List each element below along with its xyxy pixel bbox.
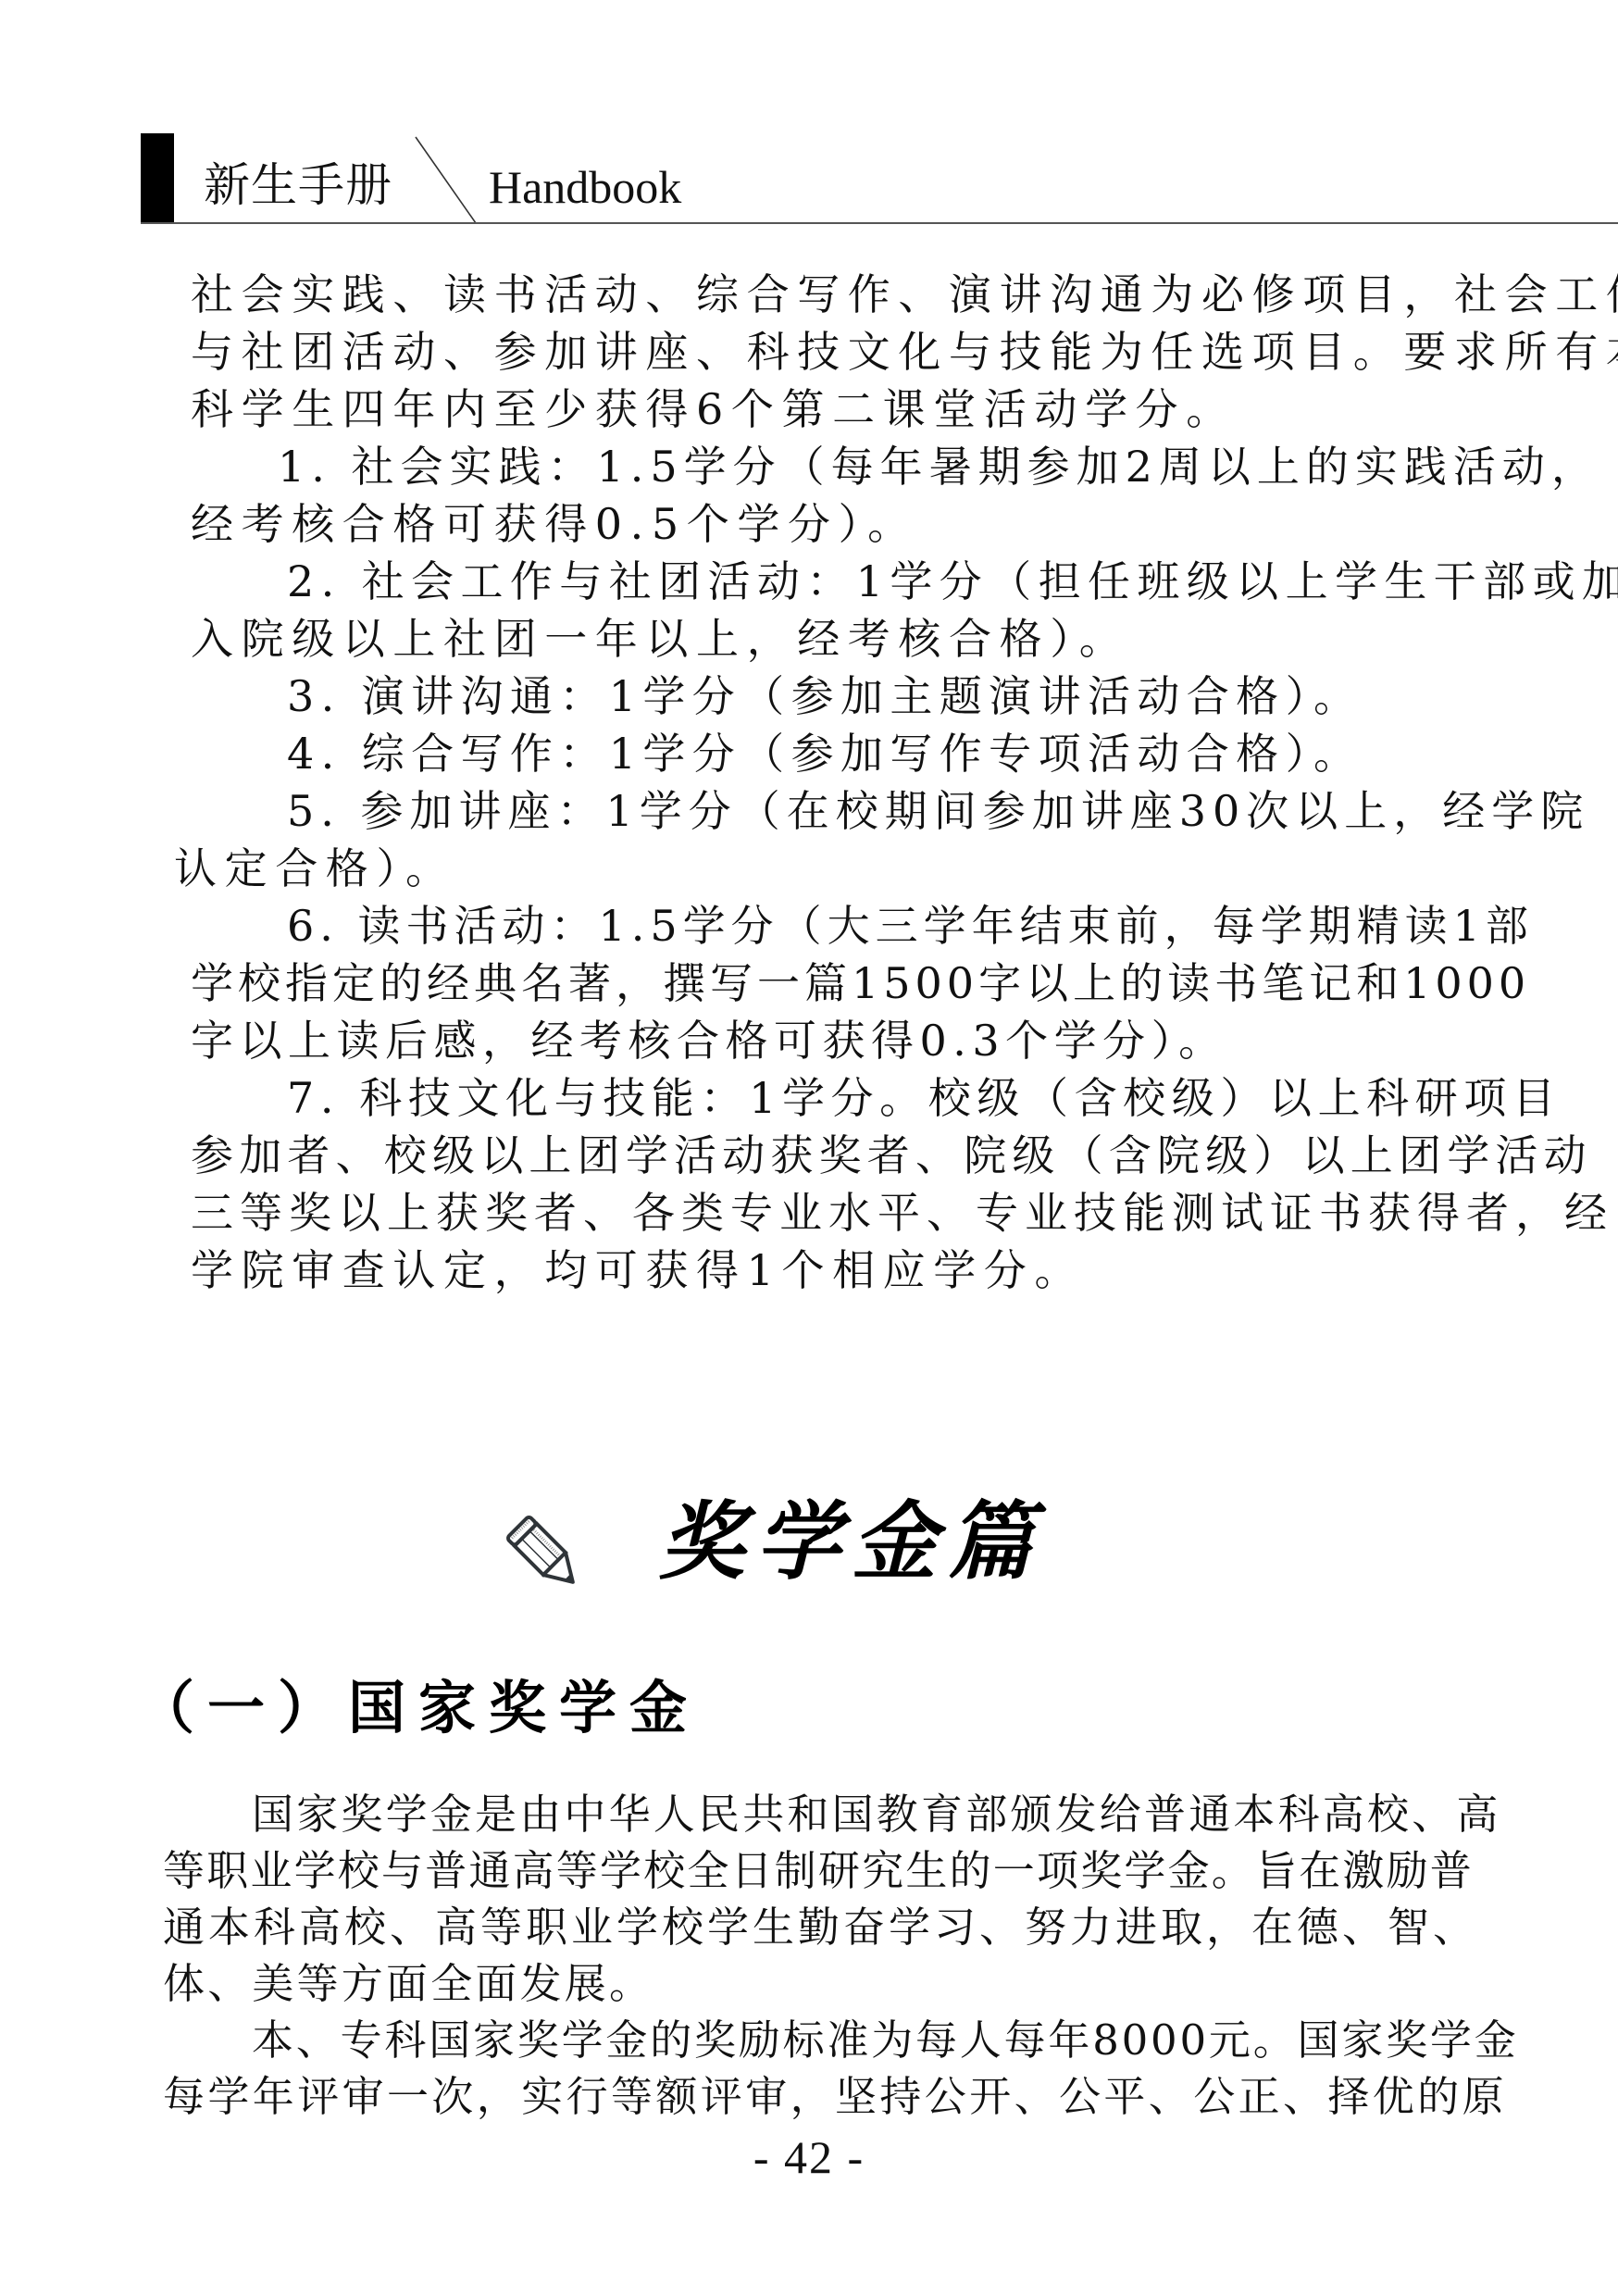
page-number: - 42 - <box>0 2129 1618 2185</box>
text-line: 4. 综合写作：1学分（参加写作专项活动合格）。 <box>287 728 1363 780</box>
text-line: 体、美等方面全面发展。 <box>163 1958 653 2010</box>
text-line: 学校指定的经典名著，撰写一篇1500字以上的读书笔记和1000 <box>191 957 1530 1009</box>
text-line: 字以上读后感，经考核合格可获得0.3个学分）。 <box>191 1015 1227 1067</box>
text-line: 2. 社会工作与社团活动：1学分（担任班级以上学生干部或加 <box>287 555 1618 607</box>
text-line: 本、专科国家奖学金的奖励标准为每人每年8000元。国家奖学金 <box>252 2015 1519 2066</box>
text-line: 7. 科技文化与技能：1学分。校级（含校级）以上科研项目 <box>287 1072 1562 1124</box>
text-line: 每学年评审一次，实行等额评审，坚持公开、公平、公正、择优的原 <box>163 2071 1507 2123</box>
text-line: 参加者、校级以上团学活动获奖者、院级（含院级）以上团学活动 <box>191 1129 1592 1181</box>
text-line: 社会实践、读书活动、综合写作、演讲沟通为必修项目，社会工作 <box>191 268 1618 320</box>
text-line: 科学生四年内至少获得6个第二课堂活动学分。 <box>191 383 1237 435</box>
text-line: 3. 演讲沟通：1学分（参加主题演讲活动合格）。 <box>287 670 1363 722</box>
text-line: 1. 社会实践：1.5学分（每年暑期参加2周以上的实践活动， <box>278 441 1600 493</box>
text-line: 入院级以上社团一年以上，经考核合格）。 <box>191 613 1129 665</box>
pencil-icon <box>500 1509 588 1597</box>
text-line: 国家奖学金是由中华人民共和国教育部颁发给普通本科高校、高 <box>252 1789 1501 1841</box>
subsection-heading: （一）国家奖学金 <box>137 1666 700 1750</box>
text-line: 三等奖以上获奖者、各类专业水平、专业技能测试证书获得者，经 <box>191 1187 1613 1239</box>
section-title-scholarship: 奖学金篇 <box>659 1481 1044 1602</box>
text-line: 经考核合格可获得0.5个学分）。 <box>191 498 918 550</box>
text-line: 与社团活动、参加讲座、科技文化与技能为任选项目。要求所有本 <box>191 326 1618 378</box>
text-line: 学院审查认定，均可获得1个相应学分。 <box>191 1244 1085 1296</box>
text-line: 5. 参加讲座：1学分（在校期间参加讲座30次以上，经学院 <box>287 785 1589 837</box>
text-line: 6. 读书活动：1.5学分（大三学年结束前，每学期精读1部 <box>287 900 1534 952</box>
text-line: 等职业学校与普通高等学校全日制研究生的一项奖学金。旨在激励普 <box>163 1845 1474 1897</box>
text-line: 通本科高校、高等职业学校学生勤奋学习、努力进取，在德、智、 <box>163 1902 1478 1953</box>
text-line: 认定合格）。 <box>174 842 456 894</box>
